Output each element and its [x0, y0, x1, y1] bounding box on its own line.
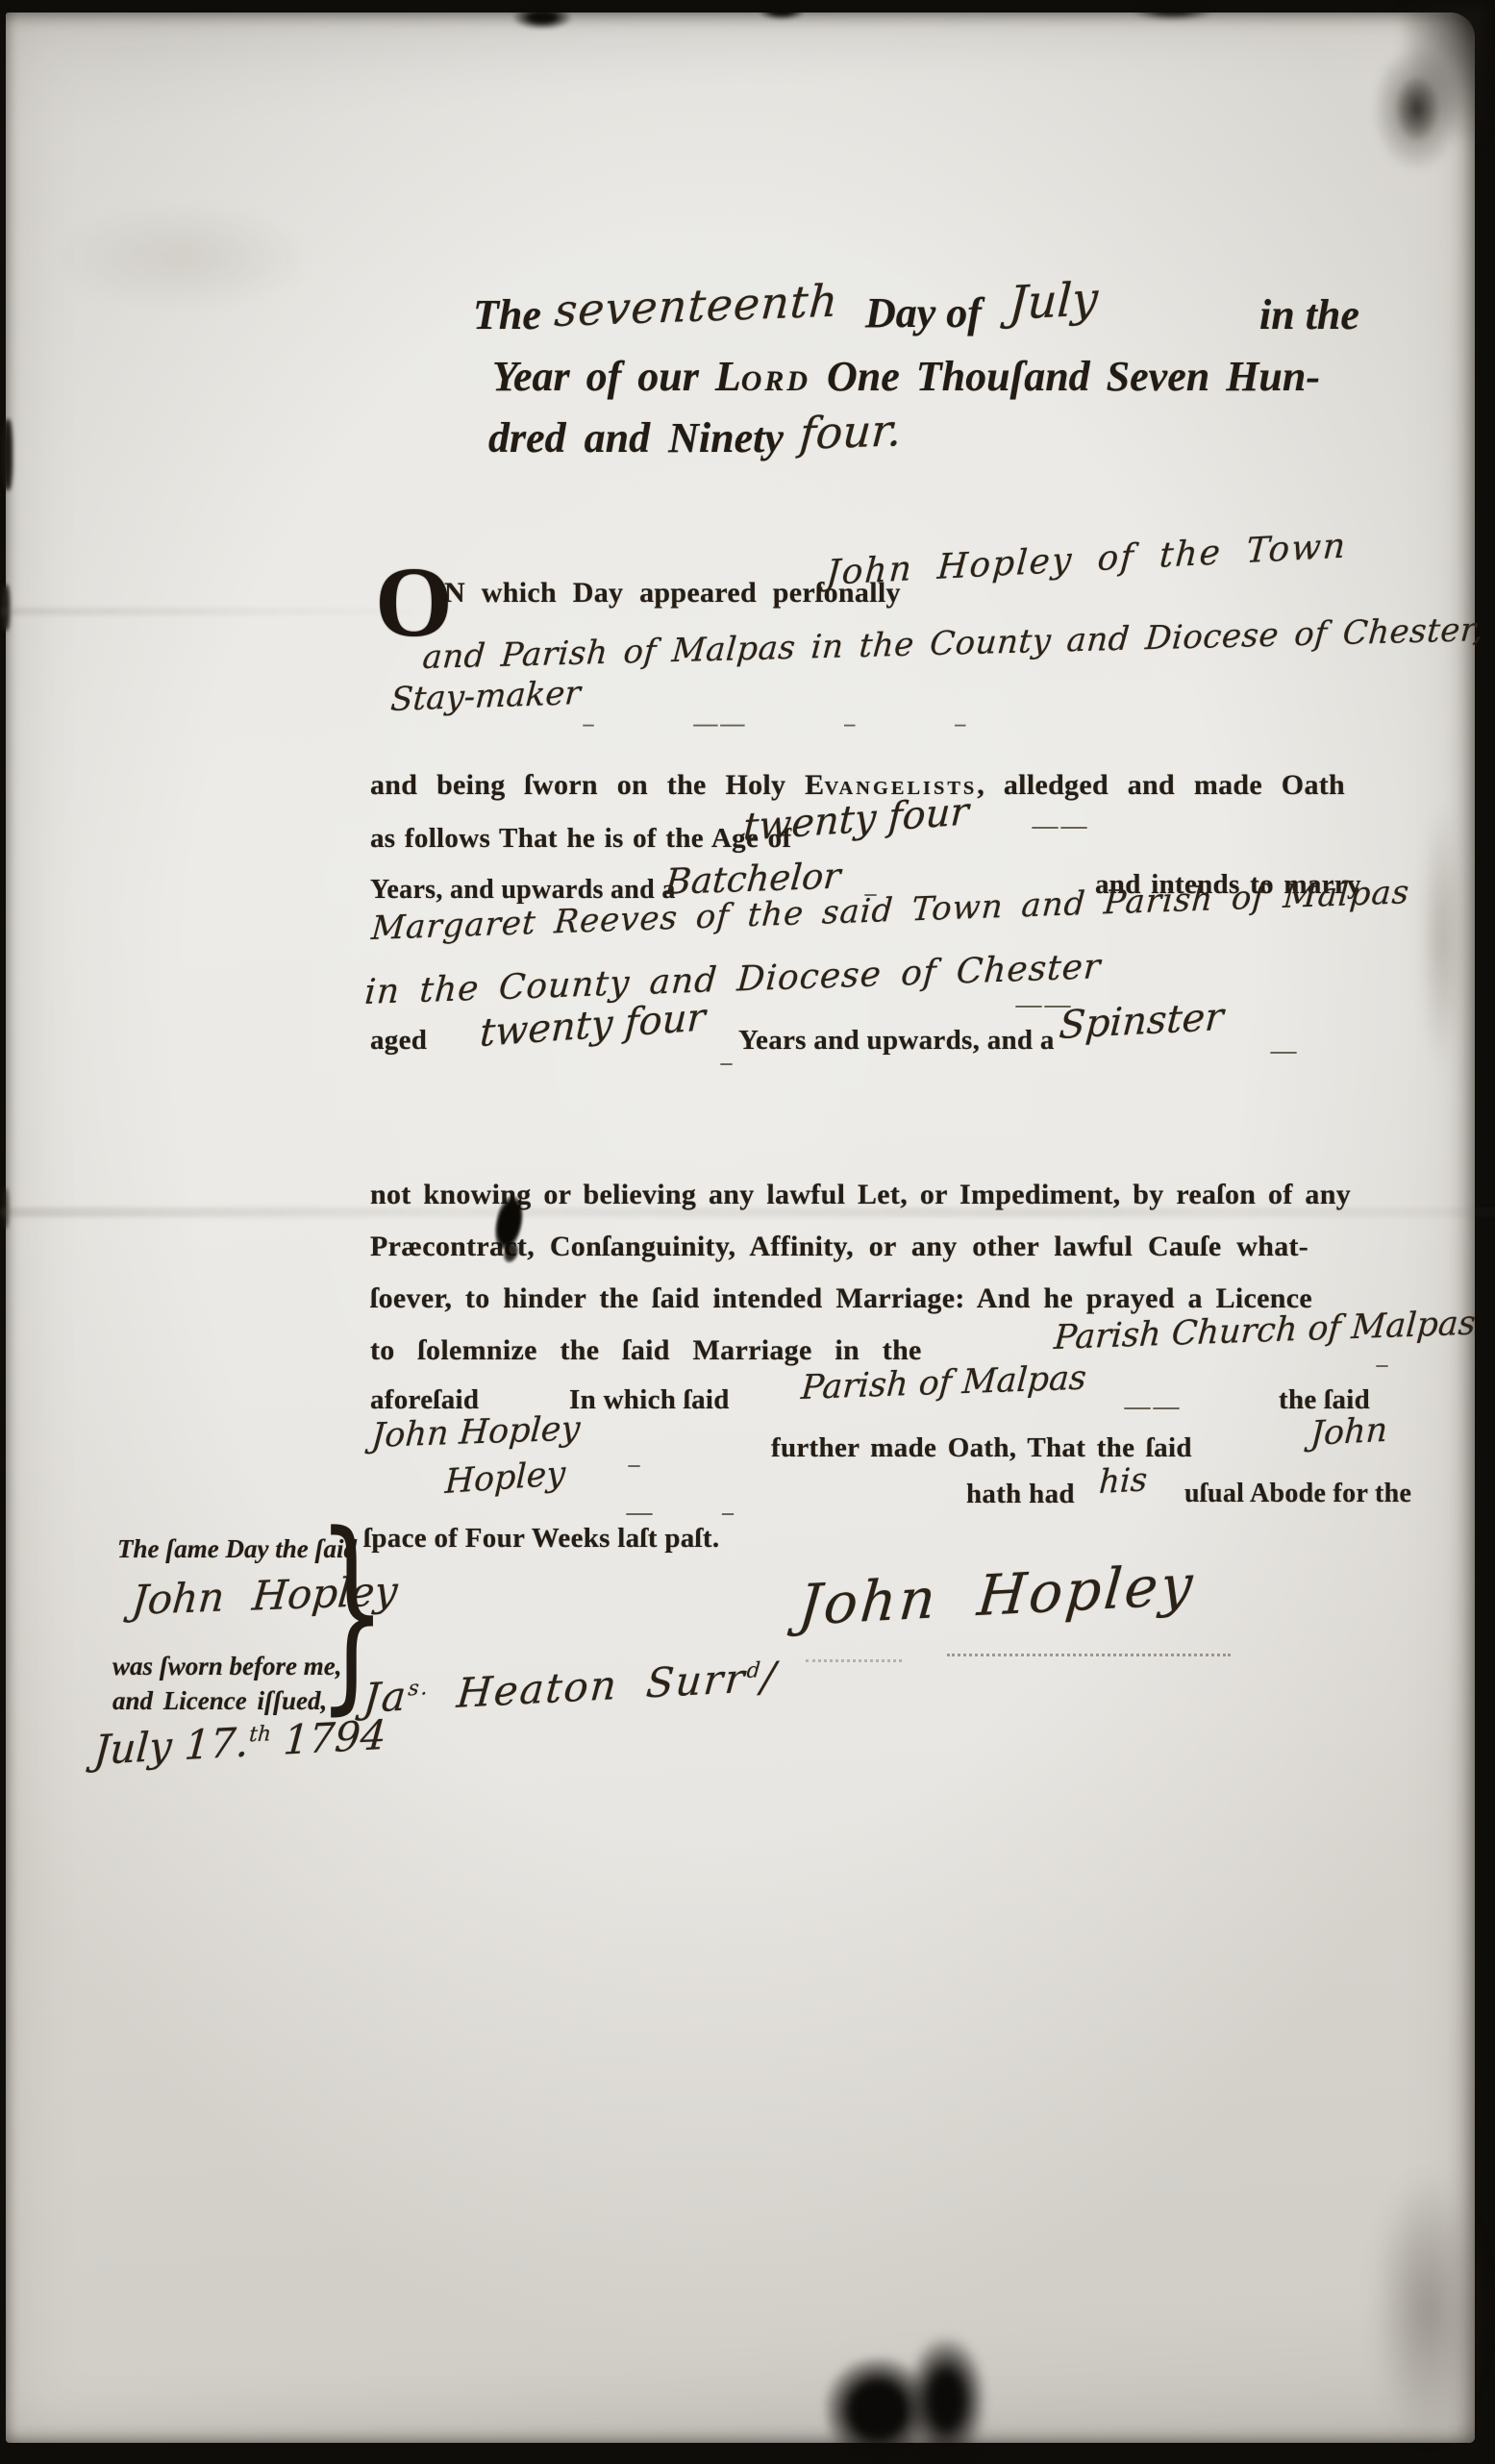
appearance-line3-dashes: – —— – – [582, 708, 967, 739]
impediment-line1: not knowing or believing any lawful Let,… [370, 1179, 1351, 1211]
attestation-line2: was ſworn before me, [112, 1652, 342, 1681]
oath-line1-pre: and being ſworn on the Holy [370, 769, 805, 801]
impediment-line4-dash: – [1375, 1348, 1389, 1381]
abode-line1-printed-b: In which ſaid [569, 1384, 730, 1416]
appearance-line3-handwritten: Stay-maker [389, 674, 582, 719]
date-line2-lord-cap: L [715, 353, 741, 400]
abode-line3-handwritten-b: his [1098, 1460, 1148, 1502]
attestation-line3: and Licence iſſued, [112, 1686, 327, 1716]
attestation-date-day: July 17. [92, 1718, 250, 1774]
date-line2-pre: Year of our [492, 353, 715, 400]
abode-line1-printed-c: the ſaid [1279, 1384, 1370, 1416]
signature-dotted-line-short [806, 1659, 902, 1662]
oath-line6-dash2: — [1269, 1034, 1298, 1068]
abode-line1-printed-a: aforeſaid [370, 1384, 479, 1416]
surrogate-first-abbr: Ja [361, 1672, 410, 1722]
oath-line6-handwritten-status: Spinster [1058, 995, 1225, 1048]
abode-line2-handwritten-a: John Hopley [370, 1409, 582, 1456]
date-printed-in-the: in the [1259, 290, 1359, 339]
dropcap-O: O [375, 563, 453, 641]
date-handwritten-year-word: four. [798, 404, 904, 460]
abode-line2-handwritten-b: John [1309, 1411, 1388, 1454]
date-printed-the: The [473, 290, 541, 339]
surrogate-first-sup: s. [407, 1676, 430, 1701]
abode-line3-printed-a: hath had [966, 1479, 1075, 1510]
oath-line2-dash: —— [1031, 809, 1088, 843]
oath-line6-printed-b: Years and upwards, and a [738, 1025, 1055, 1057]
signature-dotted-line [947, 1654, 1231, 1656]
oath-line1-post: , alledged and made Oath [977, 769, 1345, 801]
attestation-date-suffix: th [248, 1722, 272, 1747]
impediment-line2: Præcontract, Conſanguinity, Affinity, or… [370, 1231, 1308, 1263]
date-line2-lord: ORD [741, 365, 810, 397]
abode-line2-printed: further made Oath, That the ſaid [771, 1432, 1192, 1464]
date-printed-day-of: Day of [865, 288, 982, 337]
abode-line4-printed: ſpace of Four Weeks laſt paſt. [363, 1523, 719, 1555]
abode-line3-printed-b: uſual Abode for the [1184, 1479, 1411, 1509]
impediment-line3: ſoever, to hinder the ſaid intended Marr… [370, 1282, 1312, 1315]
impediment-line4-printed: to ſolemnize the ſaid Marriage in the [370, 1334, 922, 1367]
date-handwritten-month: July [1008, 272, 1099, 331]
date-line3-printed: dred and Ninety [488, 413, 784, 462]
oath-line2-printed: as follows That he is of the Age of [370, 823, 791, 855]
abode-line2-dash: – [627, 1448, 641, 1481]
oath-line6-printed-a: aged [370, 1025, 427, 1057]
date-line2-post: One Thouſand Seven Hun- [810, 353, 1320, 400]
scanned-document: The seventeenth Day of July in the Year … [0, 0, 1495, 2464]
date-handwritten-day: seventeenth [553, 275, 840, 336]
date-line2: Year of our LORD One Thouſand Seven Hun- [492, 352, 1320, 401]
oath-line6-dash: – [719, 1046, 734, 1080]
abode-line1-dash: —— [1123, 1390, 1181, 1424]
oath-line1-evangelists-cap: E [805, 769, 824, 801]
